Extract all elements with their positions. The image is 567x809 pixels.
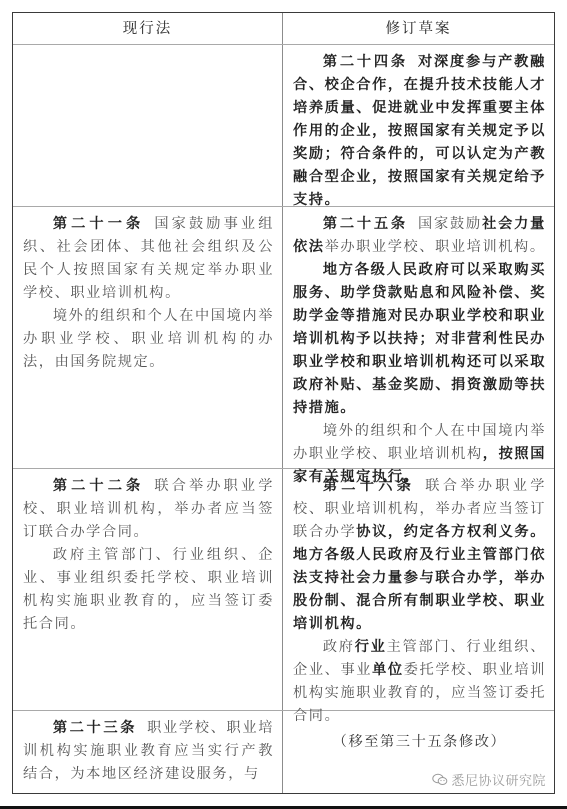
original-text: 政府主管部门、行业组织、企业、事业组织委托学校、职业培训机构实施职业教育的，应当… [23,547,274,632]
revised-text: 行业 [355,639,387,655]
article-number: 第二十一条 [53,216,145,232]
article-number: 第二十二条 [53,478,145,494]
moved-note: （移至第三十五条修改） [293,731,546,754]
table-row: 第二十四条对深度参与产教融合、校企合作，在提升技术技能人才培养质量、促进就业中发… [13,45,554,207]
draft-cell: 第二十四条对深度参与产教融合、校企合作，在提升技术技能人才培养质量、促进就业中发… [283,45,554,206]
article-paragraph: 第二十五条国家鼓励社会力量依法举办职业学校、职业培训机构。 [293,213,546,259]
watermark-text: 悉尼协议研究院 [451,770,546,789]
table-row: 第二十一条国家鼓励事业组织、社会团体、其他社会组织及公民个人按照国家有关规定举办… [13,207,554,469]
article-paragraph: 政府主管部门、行业组织、企业、事业组织委托学校、职业培训机构实施职业教育的，应当… [23,544,274,636]
watermark: 悉尼协议研究院 [432,770,546,789]
original-text: 举办职业学校、职业培训机构。 [325,239,546,255]
article-paragraph: 第二十二条联合举办职业学校、职业培训机构，举办者应当签订联合办学合同。 [23,475,274,544]
table-row: 第二十二条联合举办职业学校、职业培训机构，举办者应当签订联合办学合同。政府主管部… [13,469,554,711]
original-text: 境外的组织和个人在中国境内举办职业学校、职业培训机构的办法，由国务院规定。 [23,308,274,370]
article-paragraph: 第二十六条联合举办职业学校、职业培训机构，举办者应当签订联合办学协议，约定各方权… [293,475,546,636]
article-paragraph: 第二十一条国家鼓励事业组织、社会团体、其他社会组织及公民个人按照国家有关规定举办… [23,213,274,305]
current-law-cell [13,45,283,206]
draft-cell: 第二十六条联合举办职业学校、职业培训机构，举办者应当签订联合办学协议，约定各方权… [283,469,554,710]
comparison-table: 现行法 修订草案 第二十四条对深度参与产教融合、校企合作，在提升技术技能人才培养… [12,12,555,794]
article-number: 第二十六条 [323,478,415,494]
header-draft: 修订草案 [283,13,554,44]
header-current-law: 现行法 [13,13,283,44]
original-text: 国家鼓励 [418,216,482,232]
original-text: 政府 [323,639,355,655]
article-paragraph: 第二十四条对深度参与产教融合、校企合作，在提升技术技能人才培养质量、促进就业中发… [293,51,546,212]
article-number: 第二十五条 [323,216,408,232]
draft-cell: 第二十五条国家鼓励社会力量依法举办职业学校、职业培训机构。地方各级人民政府可以采… [283,207,554,468]
revised-text: 地方各级人民政府可以采取购买服务、助学贷款贴息和风险补偿、奖助学金等措施对民办职… [293,262,546,416]
table-row: 第二十三条职业学校、职业培训机构实施职业教育应当实行产教结合，为本地区经济建设服… [13,711,554,793]
wechat-icon [432,773,448,786]
article-paragraph: 境外的组织和个人在中国境内举办职业学校、职业培训机构的办法，由国务院规定。 [23,305,274,374]
revised-text: 协议，约定各方权利义务。地方各级人民政府及行业主管部门依法支持社会力量参与联合办… [293,524,546,632]
article-number: 第二十四条 [323,54,408,70]
article-paragraph: 地方各级人民政府可以采取购买服务、助学贷款贴息和风险补偿、奖助学金等措施对民办职… [293,259,546,420]
revised-text: 单位 [372,662,404,678]
current-law-cell: 第二十二条联合举办职业学校、职业培训机构，举办者应当签订联合办学合同。政府主管部… [13,469,283,710]
revised-text: 对深度参与产教融合、校企合作，在提升技术技能人才培养质量、促进就业中发挥重要主体… [293,54,546,208]
article-paragraph: 第二十三条职业学校、职业培训机构实施职业教育应当实行产教结合，为本地区经济建设服… [23,717,274,786]
current-law-cell: 第二十三条职业学校、职业培训机构实施职业教育应当实行产教结合，为本地区经济建设服… [13,711,283,793]
table-header-row: 现行法 修订草案 [13,13,554,45]
current-law-cell: 第二十一条国家鼓励事业组织、社会团体、其他社会组织及公民个人按照国家有关规定举办… [13,207,283,468]
article-number: 第二十三条 [53,720,137,736]
